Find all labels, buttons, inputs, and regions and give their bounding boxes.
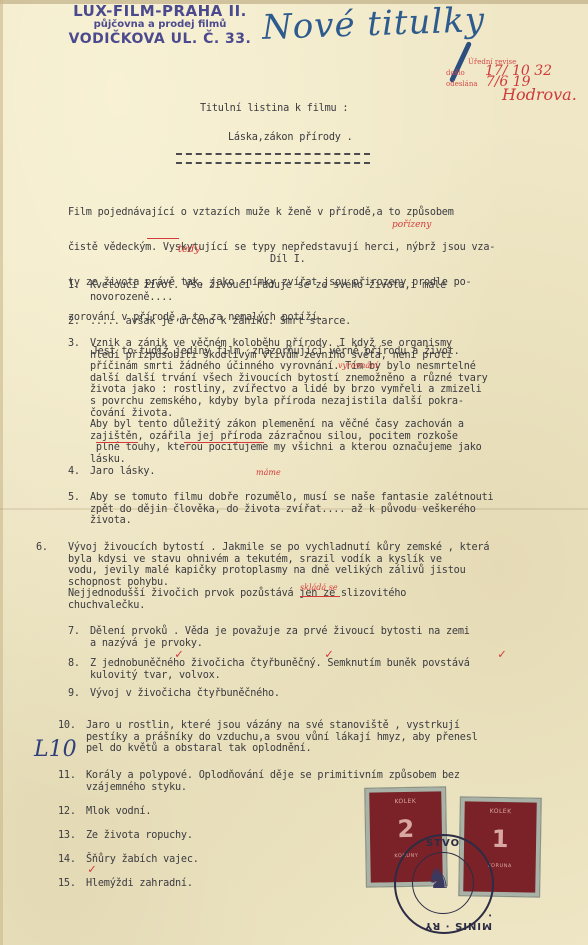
- item-number: 15.: [58, 878, 86, 890]
- strikethrough-mark: [96, 442, 138, 443]
- item-line: schopnost pohybu.: [68, 577, 489, 589]
- company-name: LUX-FILM-PRAHA II.: [40, 3, 280, 19]
- item-number: 1.: [68, 280, 90, 292]
- item-line: novorozeně....: [90, 292, 446, 304]
- censorship-stamp: Úřední revise došlo 17/ 10 32 odeslána 7…: [446, 58, 586, 89]
- list-item: 10.Jaro u rostlin, které jsou vázány na …: [58, 720, 478, 755]
- item-line: Šňůry žabích vajec.: [86, 854, 199, 866]
- item-text: Jaro lásky.: [90, 466, 155, 478]
- check-mark: ✓: [88, 862, 96, 877]
- item-line: Jaro u rostlin, které jsou vázány na své…: [86, 720, 478, 732]
- censor-received-label: došlo: [446, 69, 465, 77]
- item-line: Jaro lásky.: [90, 466, 155, 478]
- correction-note: máme: [256, 468, 281, 477]
- item-line: Hlemýždi zahradní.: [86, 878, 193, 890]
- item-line: chuchvalečku.: [68, 600, 489, 612]
- revenue-stamp-label: KOLEK: [369, 797, 441, 805]
- company-tagline: půjčovna a prodej filmů: [40, 19, 280, 31]
- item-line: Vývoj živoucích bytostí . Jakmile se po …: [68, 542, 489, 554]
- item-line: plné touhy, kterou pociťujeme my všichni…: [90, 442, 488, 454]
- film-title: Láska,zákon přírody .: [228, 132, 353, 144]
- list-item: 9.Vývoj v živočicha čtyřbuněčného.: [68, 688, 280, 700]
- item-line: příčinám smrti žádného účinného vyrovnán…: [90, 361, 488, 373]
- paper-edge: [0, 0, 3, 945]
- item-number: 9.: [68, 688, 90, 700]
- intro-line: čistě vědeckým. Vyskytující se typy nepř…: [68, 242, 495, 254]
- item-number: 8.: [68, 658, 90, 670]
- correction-note: pořízeny: [392, 220, 431, 230]
- lion-emblem-icon: ♞: [426, 862, 451, 895]
- item-text: ..... avšak je určeno k zániku. Smrt sta…: [90, 316, 351, 328]
- item-line: Z jednobuněčného živočicha čtyřbuněčný. …: [90, 658, 470, 670]
- item-line: Korály a polypové. Oplodňování děje se p…: [86, 770, 460, 782]
- list-item: 2...... avšak je určeno k zániku. Smrt s…: [68, 316, 351, 328]
- check-mark: ✓: [175, 647, 183, 662]
- seal-bottom-text: MINIS · RY ·: [418, 909, 492, 931]
- item-number: 4.: [68, 466, 90, 478]
- item-line: Vývoj v živočicha čtyřbuněčného.: [90, 688, 280, 700]
- item-line: hledí přizpůsobiti škodlivým vlivům zevn…: [90, 350, 488, 362]
- item-line: Aby se tomuto filmu dobře rozumělo, musí…: [90, 492, 493, 504]
- item-line: Mlok vodní.: [86, 806, 151, 818]
- item-line: Ze života ropuchy.: [86, 830, 193, 842]
- list-item: 4.Jaro lásky.: [68, 466, 155, 478]
- item-text: Šňůry žabích vajec.: [86, 854, 199, 866]
- item-text: Vývoj v živočicha čtyřbuněčného.: [90, 688, 280, 700]
- correction-note: tedy: [178, 244, 200, 255]
- item-number: 5.: [68, 492, 90, 504]
- company-stamp: LUX-FILM-PRAHA II. půjčovna a prodej fil…: [40, 3, 280, 47]
- item-line: pel do květů a obstaral tak oplodnění.: [86, 743, 478, 755]
- list-item: 6.Vývoj živoucích bytostí . Jakmile se p…: [36, 542, 489, 612]
- document-page: LUX-FILM-PRAHA II. půjčovna a prodej fil…: [0, 0, 588, 945]
- item-line: ..... avšak je určeno k zániku. Smrt sta…: [90, 316, 351, 328]
- strikethrough-mark: [184, 442, 264, 443]
- item-text: Ze života ropuchy.: [86, 830, 193, 842]
- item-text: Hlemýždi zahradní.: [86, 878, 193, 890]
- item-line: s povrchu zemského, kdyby byla příroda n…: [90, 396, 488, 408]
- item-line: lásku.: [90, 454, 488, 466]
- item-line: vodu, jevily malé kapičky protoplasmy na…: [68, 565, 489, 577]
- revenue-stamp-label: KOLEK: [465, 807, 537, 815]
- part-heading: Díl I.: [270, 254, 306, 266]
- list-item: 3.Vznik a zánik ve věčném koloběhu příro…: [68, 338, 488, 466]
- title-underline: [176, 162, 370, 164]
- title-underline: [176, 153, 370, 155]
- list-item: 5.Aby se tomuto filmu dobře rozumělo, mu…: [68, 492, 493, 527]
- item-number: 3.: [68, 338, 90, 350]
- item-line: pestíky a prášníky do vzduchu,a svou vůn…: [86, 732, 478, 744]
- item-line: zajištěn, ozářila jej příroda zázračnou …: [90, 431, 488, 443]
- item-line: Kvetoucí život. Vše živoucí raduje se ze…: [90, 280, 446, 292]
- list-item: 1.Kvetoucí život. Vše živoucí raduje se …: [68, 280, 446, 303]
- item-line: Aby byl tento důležitý zákon plemenění n…: [90, 419, 488, 431]
- item-number: 2.: [68, 316, 90, 328]
- item-line: další další trvání všech živoucích bytos…: [90, 373, 488, 385]
- item-line: života jako : rostliny, zvířectvo a lidé…: [90, 384, 488, 396]
- list-item: 7.Dělení prvoků . Věda je považuje za pr…: [68, 626, 470, 649]
- item-text: Aby se tomuto filmu dobře rozumělo, musí…: [90, 492, 493, 527]
- strikethrough-mark: [300, 596, 340, 597]
- item-line: čování života.: [90, 408, 488, 420]
- company-address: VODIČKOVA UL. Č. 33.: [40, 31, 280, 47]
- censor-signature: Hodrova.: [502, 90, 577, 99]
- margin-note: L10: [34, 737, 77, 762]
- item-line: a nazývá je prvoky.: [90, 638, 470, 650]
- item-line: Dělení prvoků . Věda je považuje za prvé…: [90, 626, 470, 638]
- censor-sent-label: odeslána: [446, 80, 478, 88]
- item-line: Vznik a zánik ve věčném koloběhu přírody…: [90, 338, 488, 350]
- item-text: Jaro u rostlin, které jsou vázány na své…: [86, 720, 478, 755]
- item-text: Dělení prvoků . Věda je považuje za prvé…: [90, 626, 470, 649]
- item-text: Mlok vodní.: [86, 806, 151, 818]
- item-number: 14.: [58, 854, 86, 866]
- item-number: 10.: [58, 720, 86, 732]
- item-line: byla kdysi ve stavu ohnivém a tekutém, s…: [68, 554, 489, 566]
- list-item: 14.Šňůry žabích vajec.: [58, 854, 199, 866]
- item-number: 6.: [36, 542, 68, 554]
- correction-note: skládá se: [300, 583, 338, 592]
- item-number: 13.: [58, 830, 86, 842]
- check-mark: ✓: [325, 647, 333, 662]
- item-line: kulovitý tvar, volvox.: [90, 670, 470, 682]
- item-number: 11.: [58, 770, 86, 782]
- intro-line: Film pojednávající o vztazích muže k žen…: [68, 207, 495, 219]
- correction-note: vyrovnání: [338, 361, 378, 370]
- list-item: 13.Ze života ropuchy.: [58, 830, 193, 842]
- ministry-seal: STVO ♞ MINIS · RY ·: [394, 834, 494, 934]
- item-line: zpět do dějin člověka, do života zvířat.…: [90, 504, 493, 516]
- item-line: Nejjednodušší živočich prvok pozůstává j…: [68, 588, 489, 600]
- list-item: 12.Mlok vodní.: [58, 806, 151, 818]
- item-line: života.: [90, 515, 493, 527]
- item-text: Kvetoucí život. Vše živoucí raduje se ze…: [90, 280, 446, 303]
- document-heading: Titulní listina k filmu :: [200, 103, 348, 115]
- strikethrough-mark: [147, 238, 179, 239]
- item-text: Vznik a zánik ve věčném koloběhu přírody…: [90, 338, 488, 466]
- handwritten-title: Nové titulky: [261, 0, 485, 48]
- item-number: 7.: [68, 626, 90, 638]
- seal-top-text: STVO: [426, 838, 460, 849]
- check-mark: ✓: [498, 647, 506, 662]
- list-item: 8.Z jednobuněčného živočicha čtyřbuněčný…: [68, 658, 470, 681]
- item-number: 12.: [58, 806, 86, 818]
- list-item: 15.Hlemýždi zahradní.: [58, 878, 193, 890]
- item-text: Z jednobuněčného živočicha čtyřbuněčný. …: [90, 658, 470, 681]
- item-text: Vývoj živoucích bytostí . Jakmile se po …: [68, 542, 489, 612]
